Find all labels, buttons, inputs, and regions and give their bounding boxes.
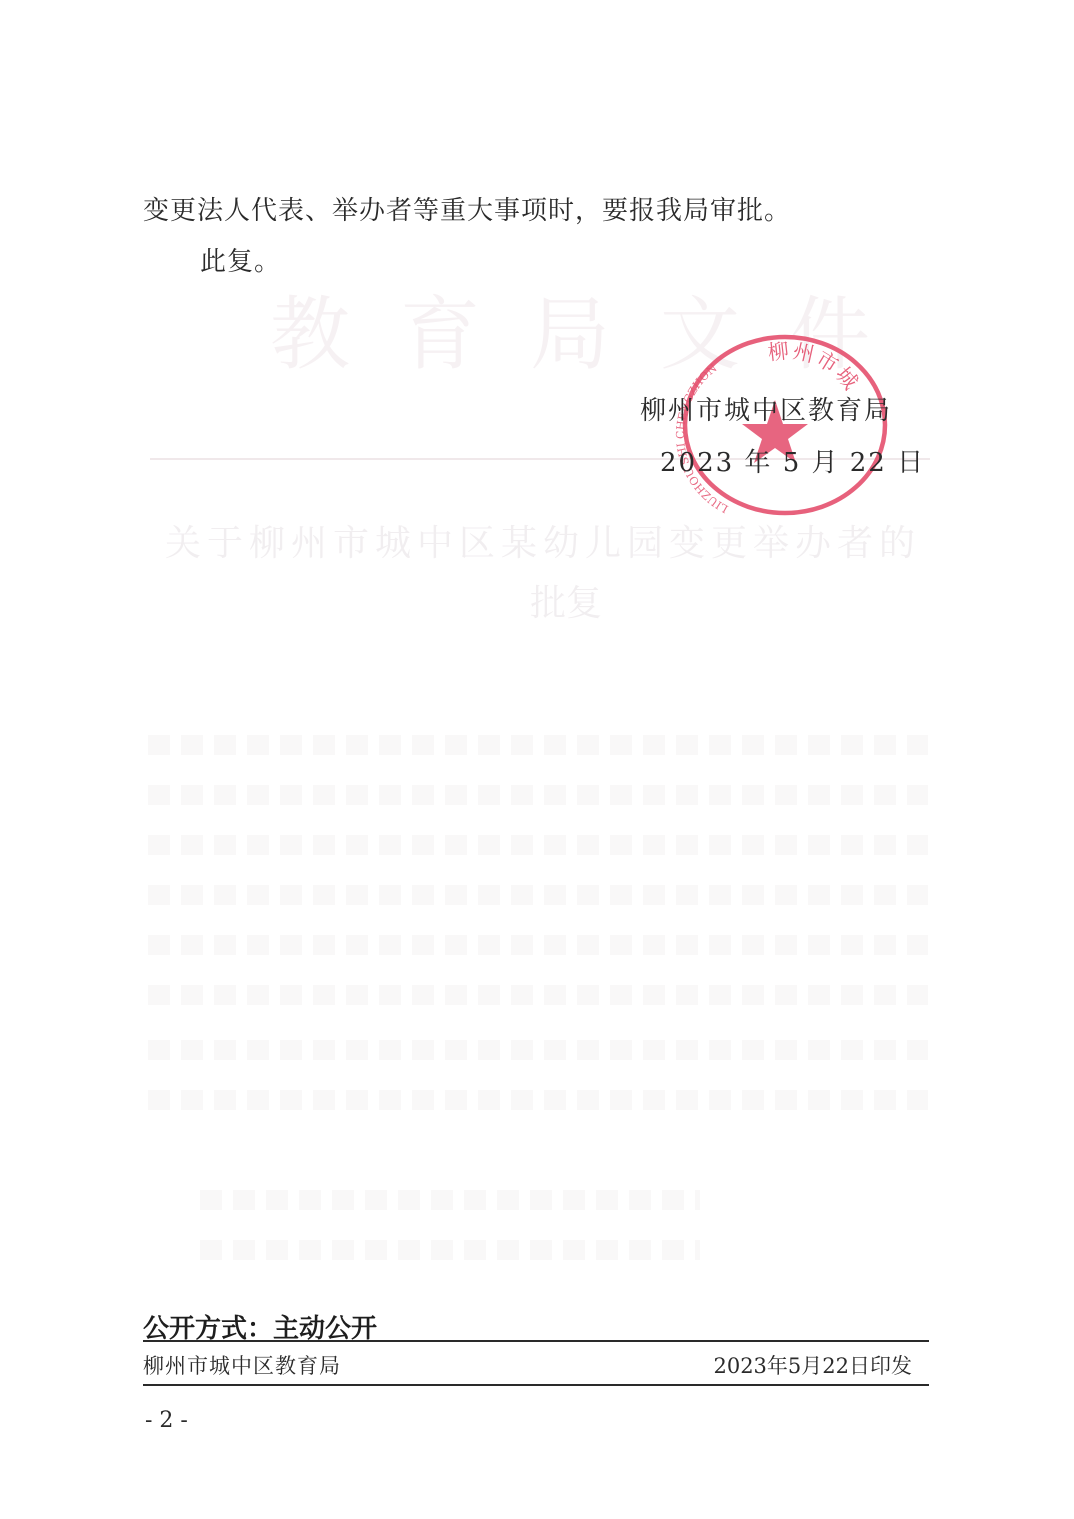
signature-organization: 柳州市城中区教育局 [640,390,892,427]
bleed-through-text-line [148,885,928,905]
footer-issue-date: 2023年5月22日印发 [713,1350,912,1380]
bleed-through-text-line [148,1090,928,1110]
bleed-through-text-line [148,835,928,855]
bleed-through-title: 教育局文件 [270,270,920,385]
bleed-through-text-line [200,1190,700,1210]
signature-date: 2023 年 5 月 22 日 [660,442,925,479]
closing-phrase: 此复。 [200,241,281,278]
footer-rule-top [143,1340,929,1342]
body-paragraph: 变更法人代表、举办者等重大事项时，要报我局审批。 [143,190,791,227]
page-number: - 2 - [145,1408,188,1433]
bleed-through-heading-2: 批复 [530,575,602,626]
bleed-through-text-line [148,985,928,1005]
bleed-through-text-line [148,785,928,805]
footer-issuer: 柳州市城中区教育局 [143,1350,341,1380]
bleed-through-text-line [148,935,928,955]
bleed-through-heading: 关于柳州市城中区某幼儿园变更举办者的 [165,515,921,566]
bleed-through-text-line [148,735,928,755]
bleed-through-text-line [200,1240,700,1260]
footer-rule-bottom [143,1384,929,1386]
bleed-through-text-line [148,1040,928,1060]
